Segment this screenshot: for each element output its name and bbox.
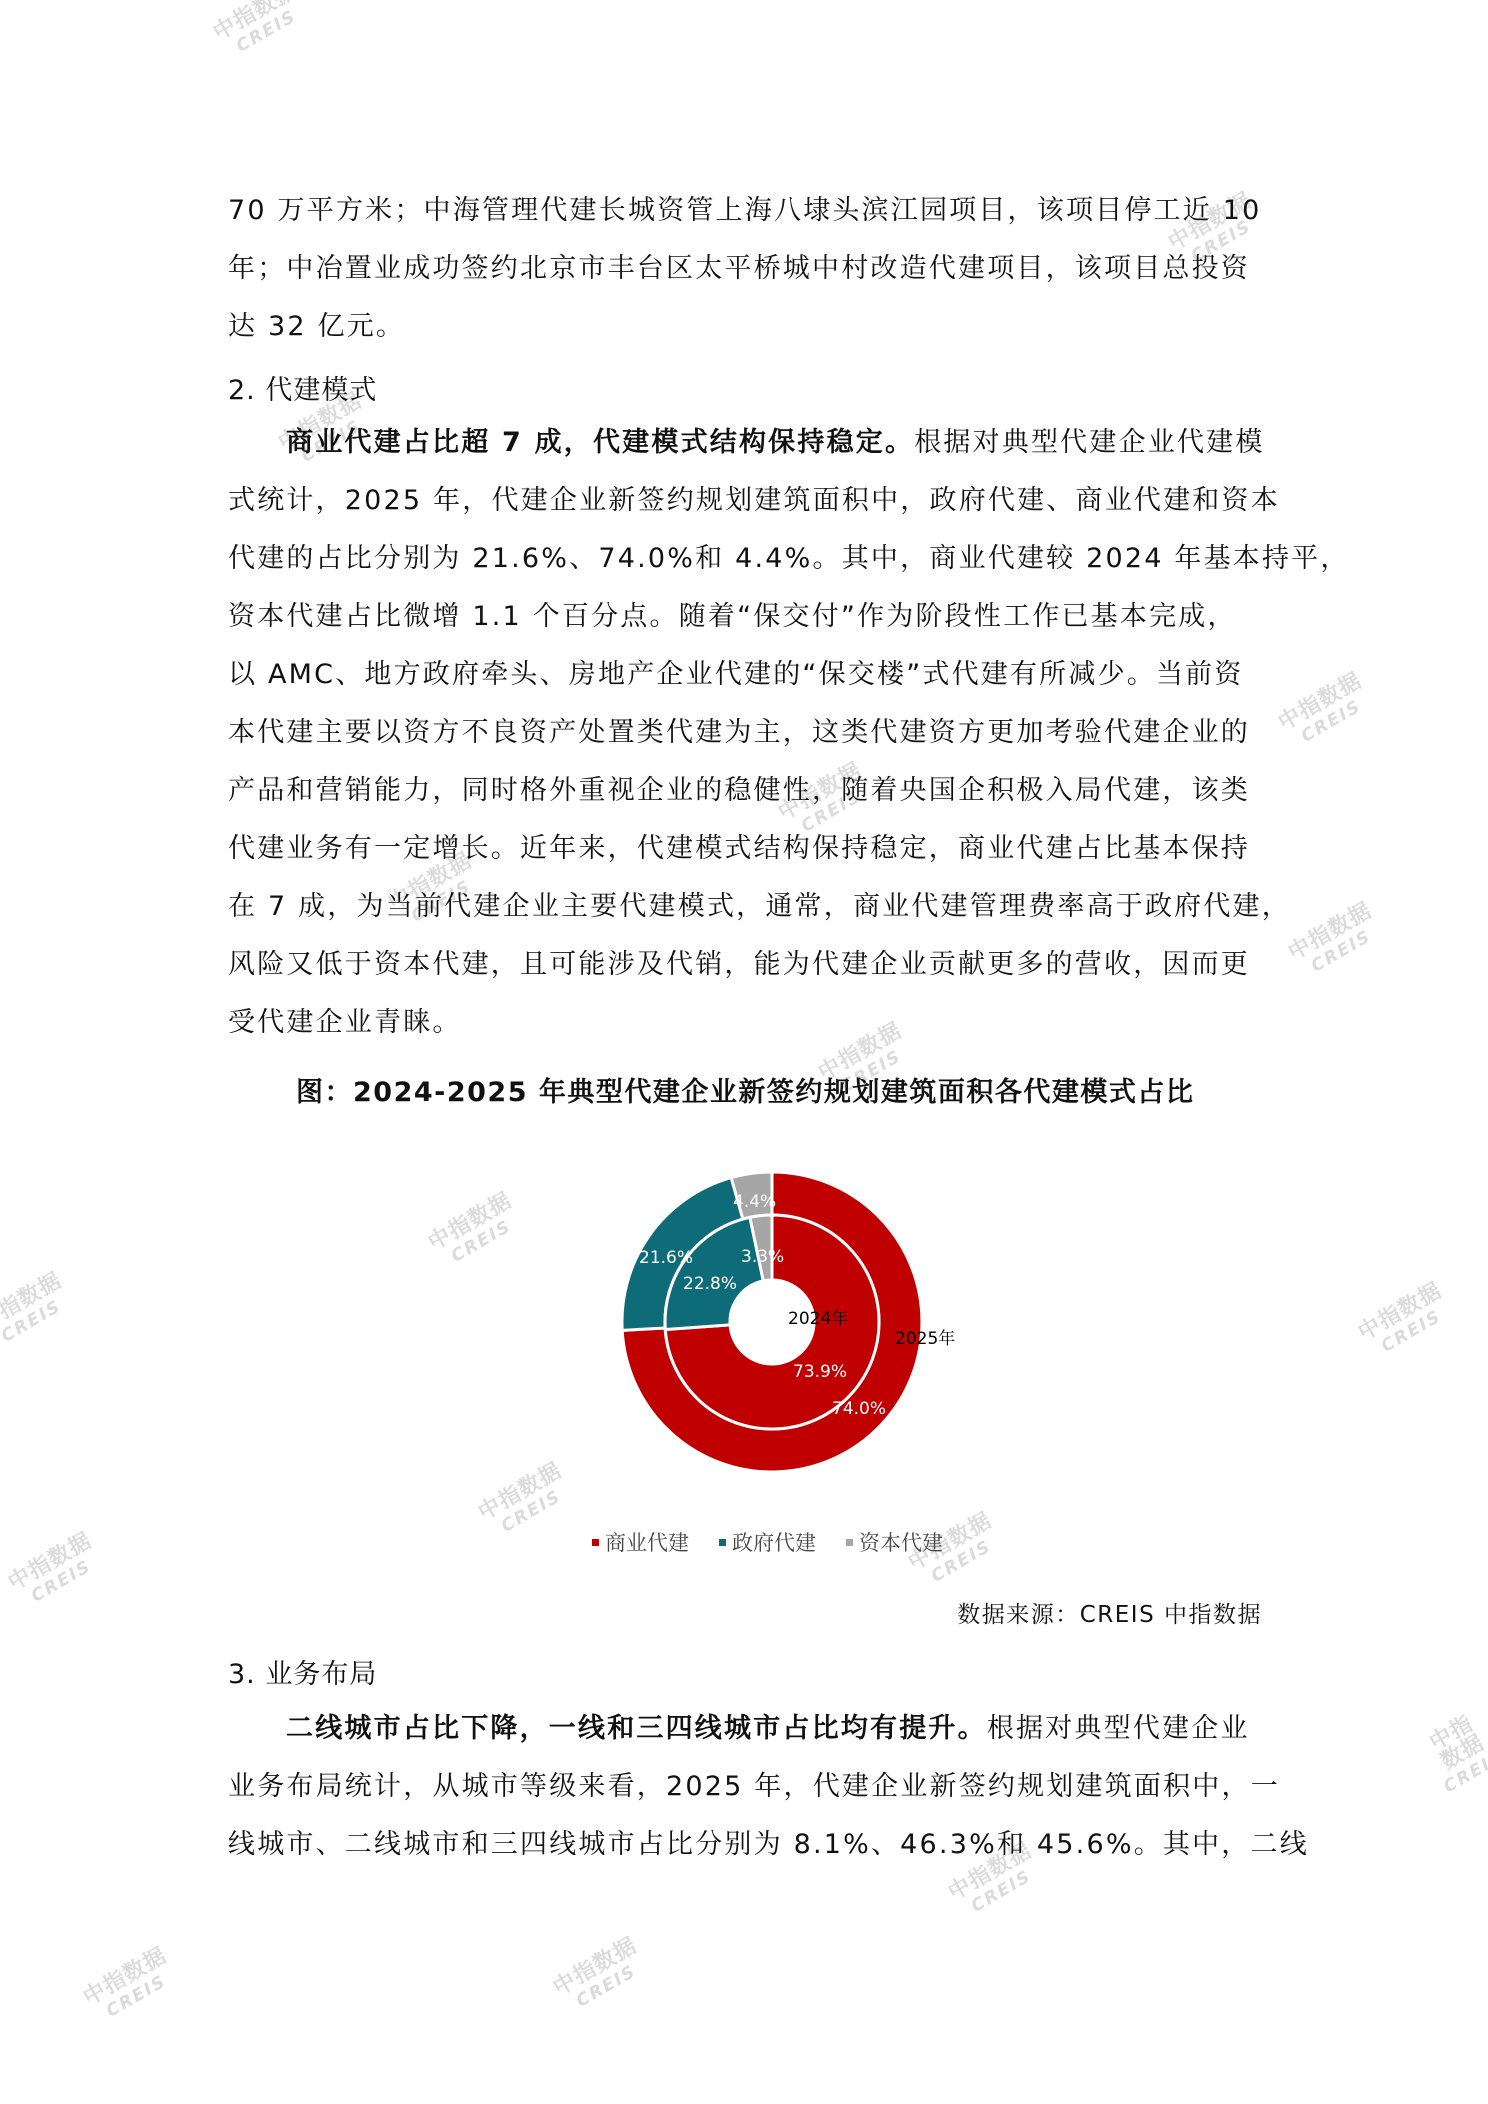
text-line: 风险又低于资本代建，且可能涉及代销，能为代建企业贡献更多的营收，因而更 bbox=[228, 936, 1262, 994]
text-line: 达 32 亿元。 bbox=[228, 298, 1262, 356]
label-2025-commercial: 74.0% bbox=[832, 1399, 886, 1419]
watermark: 中指数据CREIS bbox=[1355, 1280, 1457, 1364]
label-2024-commercial: 73.9% bbox=[793, 1362, 847, 1382]
legend-item-commercial: 商业代建 bbox=[592, 1527, 689, 1557]
legend-swatch-icon bbox=[846, 1539, 853, 1546]
text-line: 受代建企业青睐。 bbox=[228, 994, 1262, 1052]
legend-item-capital: 资本代建 bbox=[846, 1527, 943, 1557]
text-line: 业务布局统计，从城市等级来看，2025 年，代建企业新签约规划建筑面积中，一 bbox=[228, 1758, 1262, 1816]
text-line: 二线城市占比下降，一线和三四线城市占比均有提升。根据对典型代建企业 bbox=[228, 1700, 1262, 1758]
watermark: 中指数据CREIS bbox=[1285, 900, 1387, 984]
section2-paragraph: 商业代建占比超 7 成，代建模式结构保持稳定。根据对典型代建企业代建模 式统计，… bbox=[228, 414, 1262, 1052]
section3-paragraph: 二线城市占比下降，一线和三四线城市占比均有提升。根据对典型代建企业 业务布局统计… bbox=[228, 1700, 1262, 1874]
text-line: 代建业务有一定增长。近年来，代建模式结构保持稳定，商业代建占比基本保持 bbox=[228, 820, 1262, 878]
watermark: 中指数据CREIS bbox=[210, 0, 312, 64]
data-source: 数据来源：CREIS 中指数据 bbox=[957, 1596, 1262, 1629]
lead-sentence: 商业代建占比超 7 成，代建模式结构保持稳定。 bbox=[286, 427, 914, 458]
ring-label-2024: 2024年 bbox=[788, 1308, 848, 1329]
label-2024-capital: 3.3% bbox=[741, 1247, 784, 1267]
watermark: 中指数据CREIS bbox=[550, 1935, 652, 2019]
document-page: 中指数据CREIS 中指数据CREIS 中指数据CREIS 中指数据CREIS … bbox=[0, 0, 1488, 2104]
text-line: 以 AMC、地方政府牵头、房地产企业代建的“保交楼”式代建有所减少。当前资 bbox=[228, 646, 1262, 704]
text-line: 70 万平方米；中海管理代建长城资管上海八埭头滨江园项目，该项目停工近 10 bbox=[228, 182, 1262, 240]
text-line: 商业代建占比超 7 成，代建模式结构保持稳定。根据对典型代建企业代建模 bbox=[228, 414, 1262, 472]
text-line: 代建的占比分别为 21.6%、74.0%和 4.4%。其中，商业代建较 2024… bbox=[228, 530, 1262, 588]
watermark: 中指数据CREIS bbox=[80, 1945, 182, 2029]
watermark: 中指数据CREIS bbox=[475, 1460, 577, 1544]
watermark: 中指数据CREIS bbox=[1418, 1708, 1488, 1798]
text-line: 资本代建占比微增 1.1 个百分点。随着“保交付”作为阶段性工作已基本完成， bbox=[228, 588, 1262, 646]
watermark: 中指数据CREIS bbox=[0, 1270, 77, 1354]
text-line: 产品和营销能力，同时格外重视企业的稳健性，随着央国企积极入局代建，该类 bbox=[228, 762, 1262, 820]
text-line: 本代建主要以资方不良资产处置类代建为主，这类代建资方更加考验代建企业的 bbox=[228, 704, 1262, 762]
legend-swatch-icon bbox=[592, 1539, 599, 1546]
text-line: 年；中冶置业成功签约北京市丰台区太平桥城中村改造代建项目，该项目总投资 bbox=[228, 240, 1262, 298]
figure-title: 图：2024-2025 年典型代建企业新签约规划建筑面积各代建模式占比 bbox=[296, 1070, 1194, 1109]
lead-sentence: 二线城市占比下降，一线和三四线城市占比均有提升。 bbox=[286, 1713, 987, 1744]
intro-paragraph: 70 万平方米；中海管理代建长城资管上海八埭头滨江园项目，该项目停工近 10 年… bbox=[228, 182, 1262, 356]
ring-label-2025: 2025年 bbox=[895, 1328, 955, 1349]
text-line: 式统计，2025 年，代建企业新签约规划建筑面积中，政府代建、商业代建和资本 bbox=[228, 472, 1262, 530]
label-2025-government: 21.6% bbox=[639, 1248, 693, 1268]
watermark: 中指数据CREIS bbox=[425, 1190, 527, 1274]
legend-swatch-icon bbox=[719, 1539, 726, 1546]
label-2024-government: 22.8% bbox=[683, 1274, 737, 1294]
nested-donut-chart: 4.4% 21.6% 22.8% 3.3% 73.9% 74.0% 2024年 … bbox=[600, 1150, 960, 1490]
section-heading: 2. 代建模式 bbox=[228, 368, 377, 407]
label-2025-capital: 4.4% bbox=[733, 1192, 776, 1212]
legend-item-government: 政府代建 bbox=[719, 1527, 816, 1557]
text-line: 线城市、二线城市和三四线城市占比分别为 8.1%、46.3%和 45.6%。其中… bbox=[228, 1816, 1262, 1874]
watermark: 中指数据CREIS bbox=[5, 1530, 107, 1614]
chart-legend: 商业代建 政府代建 资本代建 bbox=[592, 1527, 943, 1557]
text-line: 在 7 成，为当前代建企业主要代建模式，通常，商业代建管理费率高于政府代建， bbox=[228, 878, 1262, 936]
watermark: 中指数据CREIS bbox=[1275, 670, 1377, 754]
section-heading: 3. 业务布局 bbox=[228, 1652, 377, 1691]
